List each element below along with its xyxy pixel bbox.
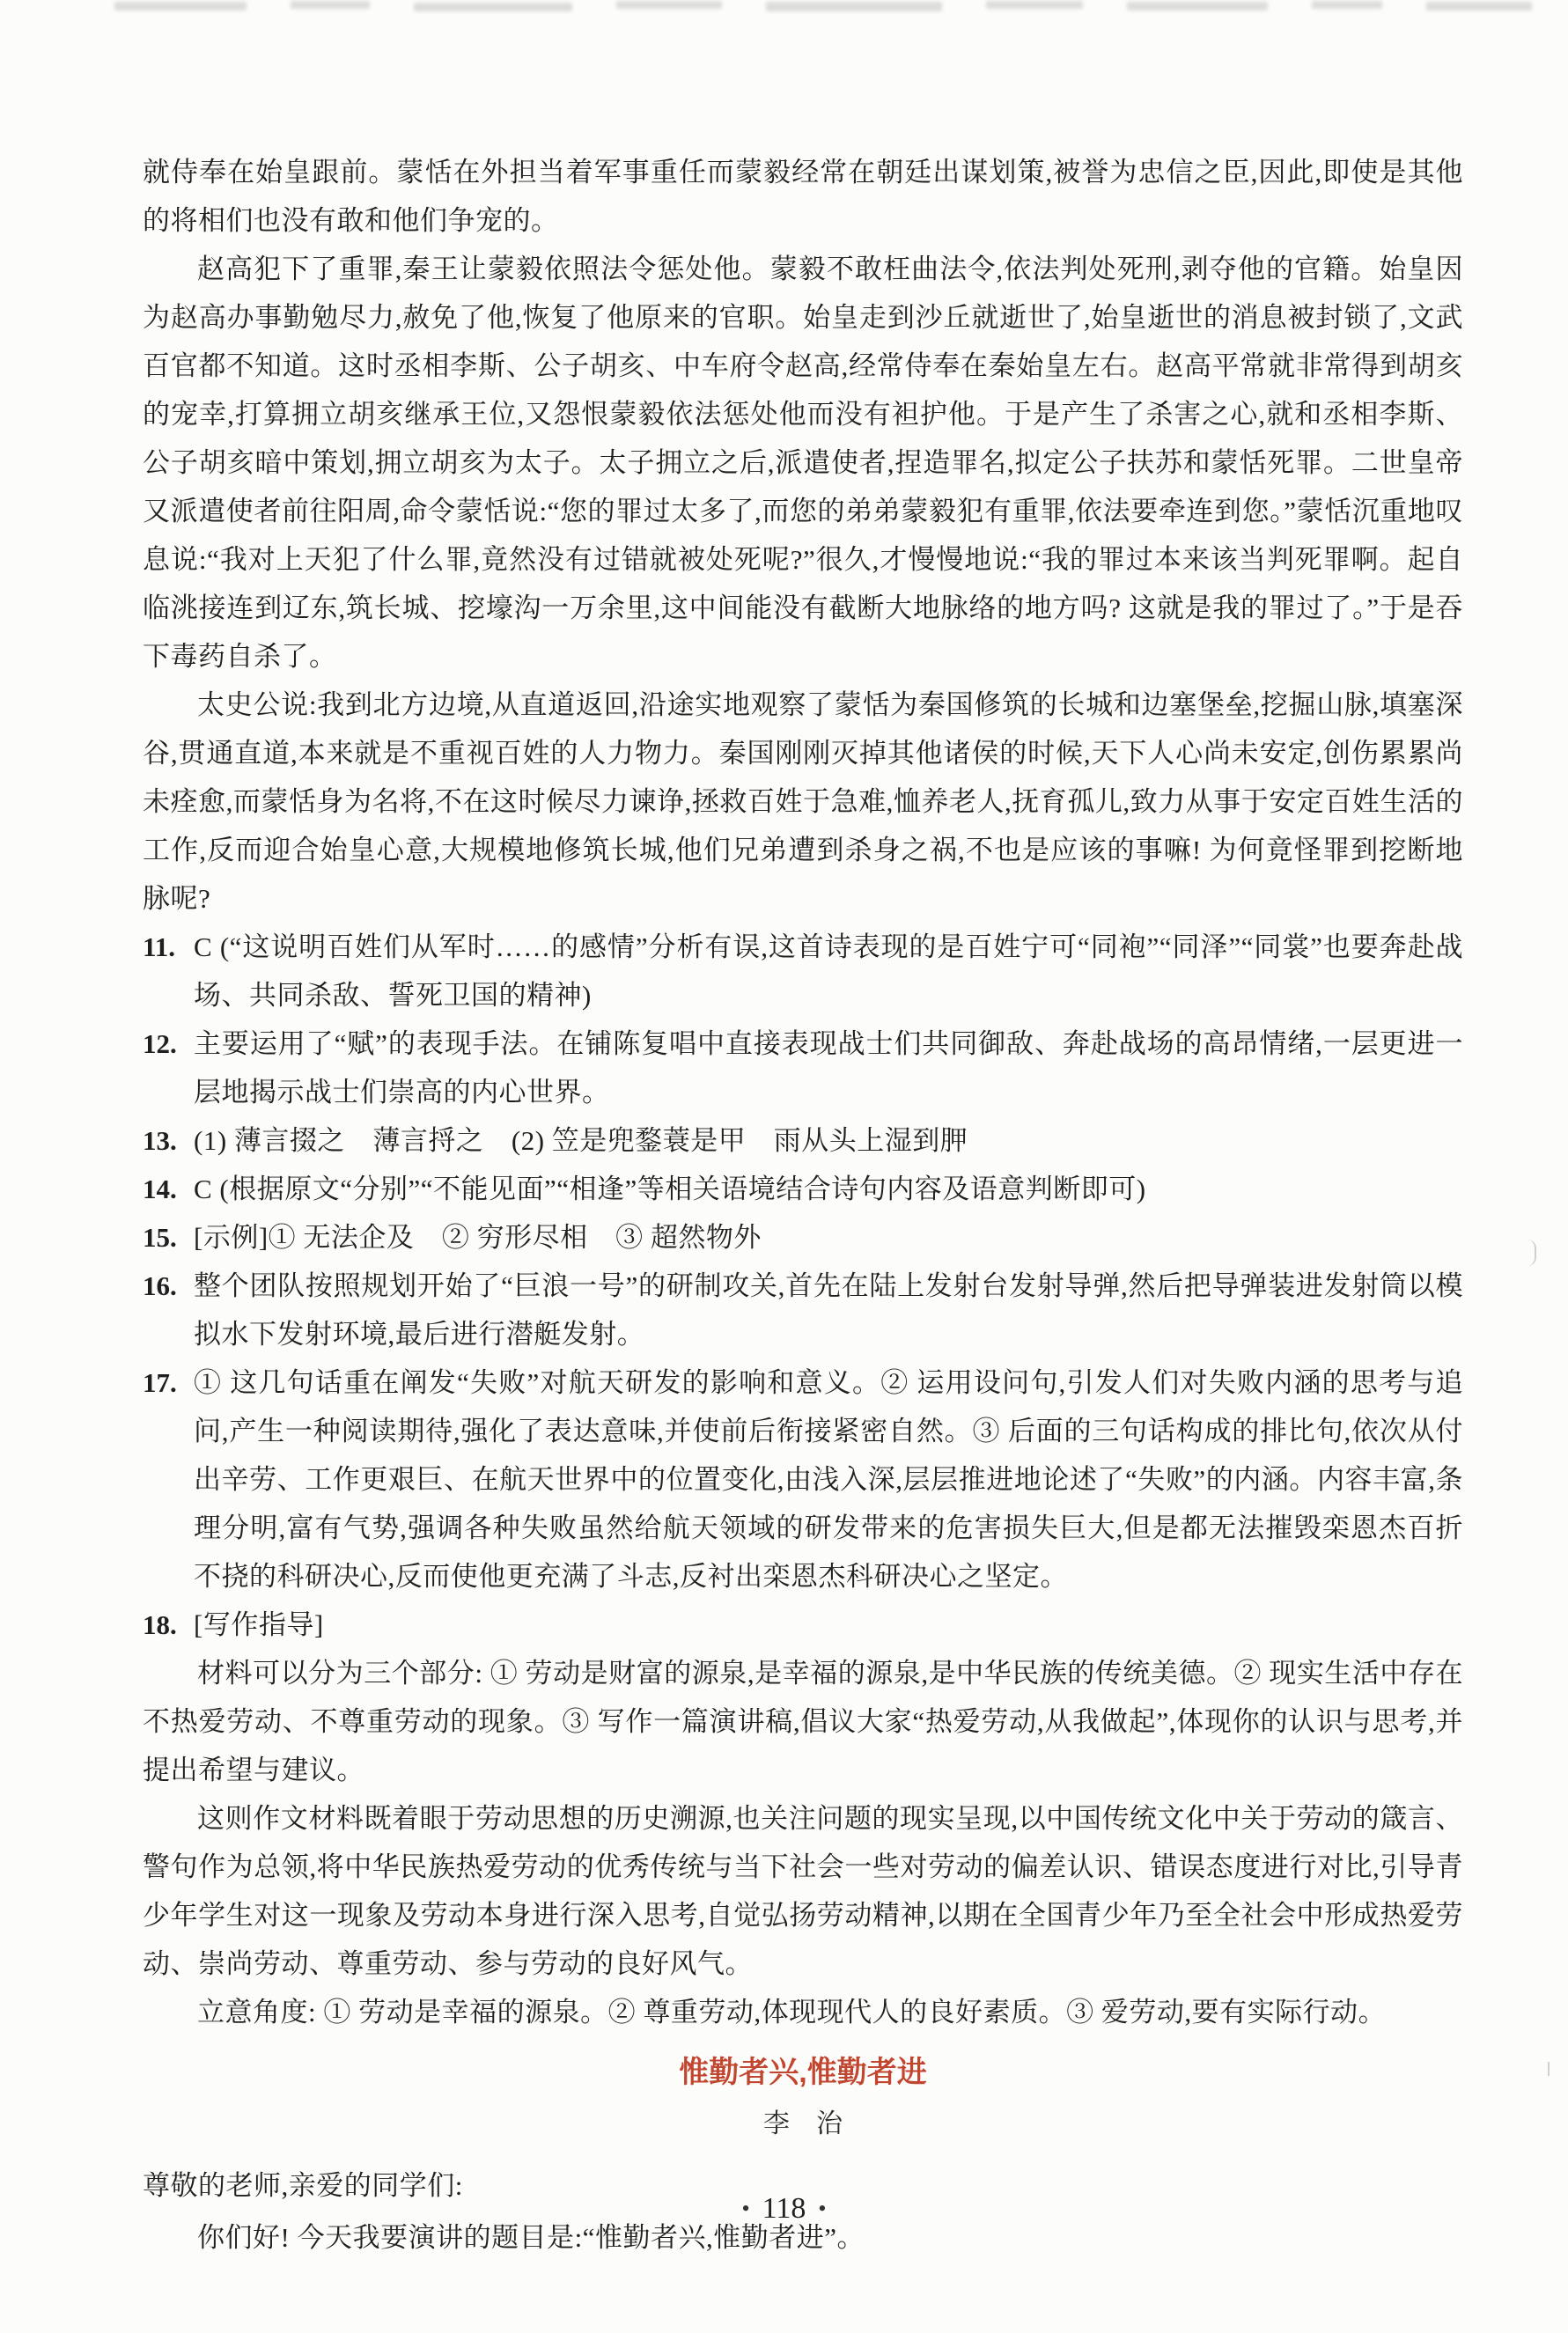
item-text: C (“这说明百姓们从军时……的感情”分析有误,这首诗表现的是百姓宁可“同袍”“…	[194, 931, 1463, 1011]
footer-dot: •	[806, 2196, 838, 2221]
translation-paragraph: 就侍奉在始皇跟前。蒙恬在外担当着军事重任而蒙毅经常在朝廷出谋划策,被誉为忠信之臣…	[143, 148, 1463, 245]
answer-item-15: 15. [示例]① 无法企及 ② 穷形尽相 ③ 超然物外	[143, 1213, 1463, 1262]
essay-title: 惟勤者兴,惟勤者进	[143, 2050, 1463, 2094]
scan-artifact	[114, 2, 247, 11]
item-text: (1) 薄言掇之 薄言捋之 (2) 笠是兜鍪蓑是甲 雨从头上湿到胛	[194, 1125, 968, 1156]
item-text: ① 这几句话重在阐发“失败”对航天研发的影响和意义。② 运用设问句,引发人们对失…	[194, 1367, 1463, 1592]
scan-artifact	[1426, 2, 1532, 11]
writing-guide-paragraph: 这则作文材料既着眼于劳动思想的历史溯源,也关注问题的现实呈现,以中国传统文化中关…	[143, 1794, 1463, 1988]
answer-item-12: 12. 主要运用了“赋”的表现手法。在铺陈复唱中直接表现战士们共同御敌、奔赴战场…	[143, 1019, 1463, 1116]
answer-item-13: 13. (1) 薄言掇之 薄言捋之 (2) 笠是兜鍪蓑是甲 雨从头上湿到胛	[143, 1116, 1463, 1165]
answer-key-page: 就侍奉在始皇跟前。蒙恬在外担当着军事重任而蒙毅经常在朝廷出谋划策,被誉为忠信之臣…	[0, 0, 1568, 2333]
item-number: 16.	[143, 1262, 177, 1310]
scan-artifact	[1548, 2062, 1550, 2076]
answer-item-14: 14. C (根据原文“分别”“不能见面”“相逢”等相关语境结合诗句内容及语意判…	[143, 1165, 1463, 1213]
scan-artifact	[766, 2, 942, 11]
scan-artifact	[986, 1, 1083, 9]
item-text: [示例]① 无法企及 ② 穷形尽相 ③ 超然物外	[194, 1222, 762, 1253]
item-number: 12.	[143, 1019, 177, 1068]
translation-paragraph: 赵高犯下了重罪,秦王让蒙毅依照法令惩处他。蒙毅不敢枉曲法令,依法判处死刑,剥夺他…	[143, 245, 1463, 681]
answer-item-17: 17. ① 这几句话重在阐发“失败”对航天研发的影响和意义。② 运用设问句,引发…	[143, 1358, 1463, 1601]
writing-guide-paragraph: 材料可以分为三个部分: ① 劳动是财富的源泉,是幸福的源泉,是中华民族的传统美德…	[143, 1649, 1463, 1794]
answer-item-11: 11. C (“这说明百姓们从军时……的感情”分析有误,这首诗表现的是百姓宁可“…	[143, 923, 1463, 1019]
item-number: 11.	[143, 923, 175, 971]
item-text: [写作指导]	[194, 1609, 324, 1640]
translation-paragraph: 太史公说:我到北方边境,从直道返回,沿途实地观察了蒙恬为秦国修筑的长城和边塞堡垒…	[143, 681, 1463, 923]
footer-dot: •	[730, 2196, 762, 2221]
page-footer: •118•	[0, 2192, 1568, 2226]
item-number: 17.	[143, 1358, 177, 1407]
item-text: C (根据原文“分别”“不能见面”“相逢”等相关语境结合诗句内容及语意判断即可)	[194, 1174, 1146, 1204]
page-number: 118	[762, 2192, 806, 2225]
item-number: 18.	[143, 1601, 177, 1649]
scan-artifact	[1312, 1, 1382, 9]
item-number: 15.	[143, 1213, 177, 1262]
writing-guide-paragraph: 立意角度: ① 劳动是幸福的源泉。② 尊重劳动,体现现代人的良好素质。③ 爱劳动…	[143, 1988, 1463, 2036]
item-text: 主要运用了“赋”的表现手法。在铺陈复唱中直接表现战士们共同御敌、奔赴战场的高昂情…	[194, 1028, 1463, 1108]
scan-artifact	[291, 1, 370, 9]
answer-item-16: 16. 整个团队按照规划开始了“巨浪一号”的研制攻关,首先在陆上发射台发射导弹,…	[143, 1262, 1463, 1358]
scan-artifact	[1127, 2, 1268, 11]
scan-artifact	[616, 1, 722, 9]
page-content: 就侍奉在始皇跟前。蒙恬在外担当着军事重任而蒙毅经常在朝廷出谋划策,被誉为忠信之臣…	[143, 148, 1463, 2262]
item-number: 14.	[143, 1165, 177, 1213]
item-number: 13.	[143, 1116, 177, 1165]
scan-artifact	[1526, 1240, 1536, 1266]
scan-artifact	[414, 3, 572, 11]
answer-item-18: 18. [写作指导]	[143, 1601, 1463, 1649]
essay-author: 李 治	[143, 2103, 1463, 2145]
item-text: 整个团队按照规划开始了“巨浪一号”的研制攻关,首先在陆上发射台发射导弹,然后把导…	[194, 1270, 1463, 1350]
